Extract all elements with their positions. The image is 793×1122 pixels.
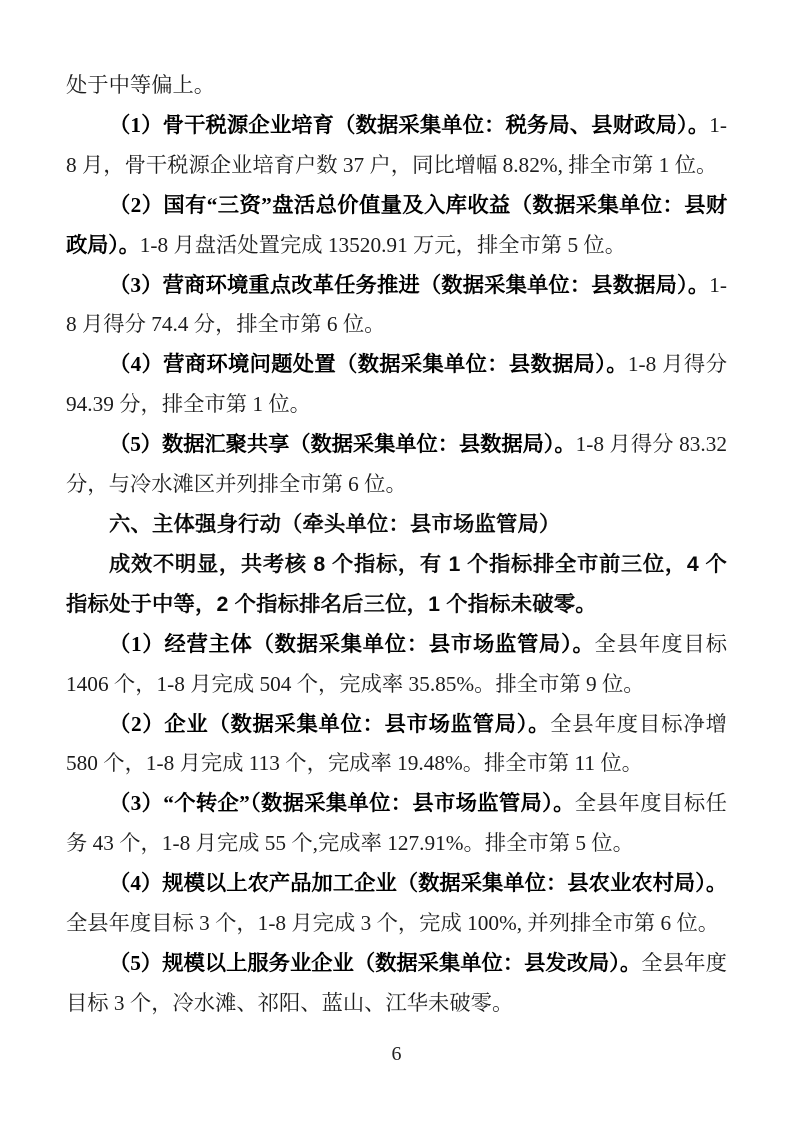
document-page: 处于中等偏上。（1）骨干税源企业培育（数据采集单位：税务局、县财政局）。1-8 … xyxy=(0,0,793,1122)
item-6-3: （3）“个转企”（数据采集单位：县市场监管局）。全县年度目标任务 43 个，1-… xyxy=(66,784,727,864)
item-5-4: （4）营商环境问题处置（数据采集单位：县数据局）。1-8 月得分 94.39 分… xyxy=(66,345,727,425)
item-6-2: （2）企业（数据采集单位：县市场监管局）。全县年度目标净增 580 个，1-8 … xyxy=(66,705,727,785)
item-6-1: （1）经营主体（数据采集单位：县市场监管局）。全县年度目标 1406 个，1-8… xyxy=(66,625,727,705)
document-body: 处于中等偏上。（1）骨干税源企业培育（数据采集单位：税务局、县财政局）。1-8 … xyxy=(66,66,727,1024)
text-run-bold: （5）规模以上服务业企业（数据采集单位：县发改局）。 xyxy=(109,951,641,975)
item-6-4: （4）规模以上农产品加工企业（数据采集单位：县农业农村局）。全县年度目标 3 个… xyxy=(66,864,727,944)
item-6-5: （5）规模以上服务业企业（数据采集单位：县发改局）。全县年度目标 3 个，冷水滩… xyxy=(66,944,727,1024)
text-run-bold: （5）数据汇聚共享（数据采集单位：县数据局）。 xyxy=(109,432,576,456)
text-run-bold: （3）“个转企”（数据采集单位：县市场监管局）。 xyxy=(109,791,575,815)
item-5-1: （1）骨干税源企业培育（数据采集单位：税务局、县财政局）。1-8 月，骨干税源企… xyxy=(66,106,727,186)
text-run-bold: （4）营商环境问题处置（数据采集单位：县数据局）。 xyxy=(109,352,628,376)
text-run-body: 1-8 月盘活处置完成 13520.91 万元，排全市第 5 位。 xyxy=(140,233,626,257)
text-run-body: 全县年度目标 3 个，1-8 月完成 3 个，完成 100%, 并列排全市第 6… xyxy=(66,911,719,935)
text-run-hei: 六、主体强身行动（牵头单位：县市场监管局） xyxy=(109,512,560,536)
page-number: 6 xyxy=(392,1043,402,1065)
text-run-bold: （2）企业（数据采集单位：县市场监管局）。 xyxy=(109,712,550,736)
item-5-5: （5）数据汇聚共享（数据采集单位：县数据局）。1-8 月得分 83.32 分，与… xyxy=(66,425,727,505)
text-run-bold: （3）营商环境重点改革任务推进（数据采集单位：县数据局）。 xyxy=(109,273,709,297)
text-run-bold: （4）规模以上农产品加工企业（数据采集单位：县农业农村局）。 xyxy=(109,871,727,895)
section-6-summary: 成效不明显，共考核 8 个指标，有 1 个指标排全市前三位，4 个指标处于中等，… xyxy=(66,545,727,625)
item-5-3: （3）营商环境重点改革任务推进（数据采集单位：县数据局）。1-8 月得分 74.… xyxy=(66,266,727,346)
text-run-body: 处于中等偏上。 xyxy=(66,73,215,97)
para-carryover: 处于中等偏上。 xyxy=(66,66,727,106)
text-run-bold: （1）经营主体（数据采集单位：县市场监管局）。 xyxy=(109,632,595,656)
text-run-bold: （1）骨干税源企业培育（数据采集单位：税务局、县财政局）。 xyxy=(109,113,709,137)
page-footer: 6 xyxy=(0,1042,793,1066)
section-6-heading: 六、主体强身行动（牵头单位：县市场监管局） xyxy=(66,505,727,545)
text-run-hei: 成效不明显，共考核 8 个指标，有 1 个指标排全市前三位，4 个指标处于中等，… xyxy=(66,552,727,616)
item-5-2: （2）国有“三资”盘活总价值量及入库收益（数据采集单位：县财政局）。1-8 月盘… xyxy=(66,186,727,266)
